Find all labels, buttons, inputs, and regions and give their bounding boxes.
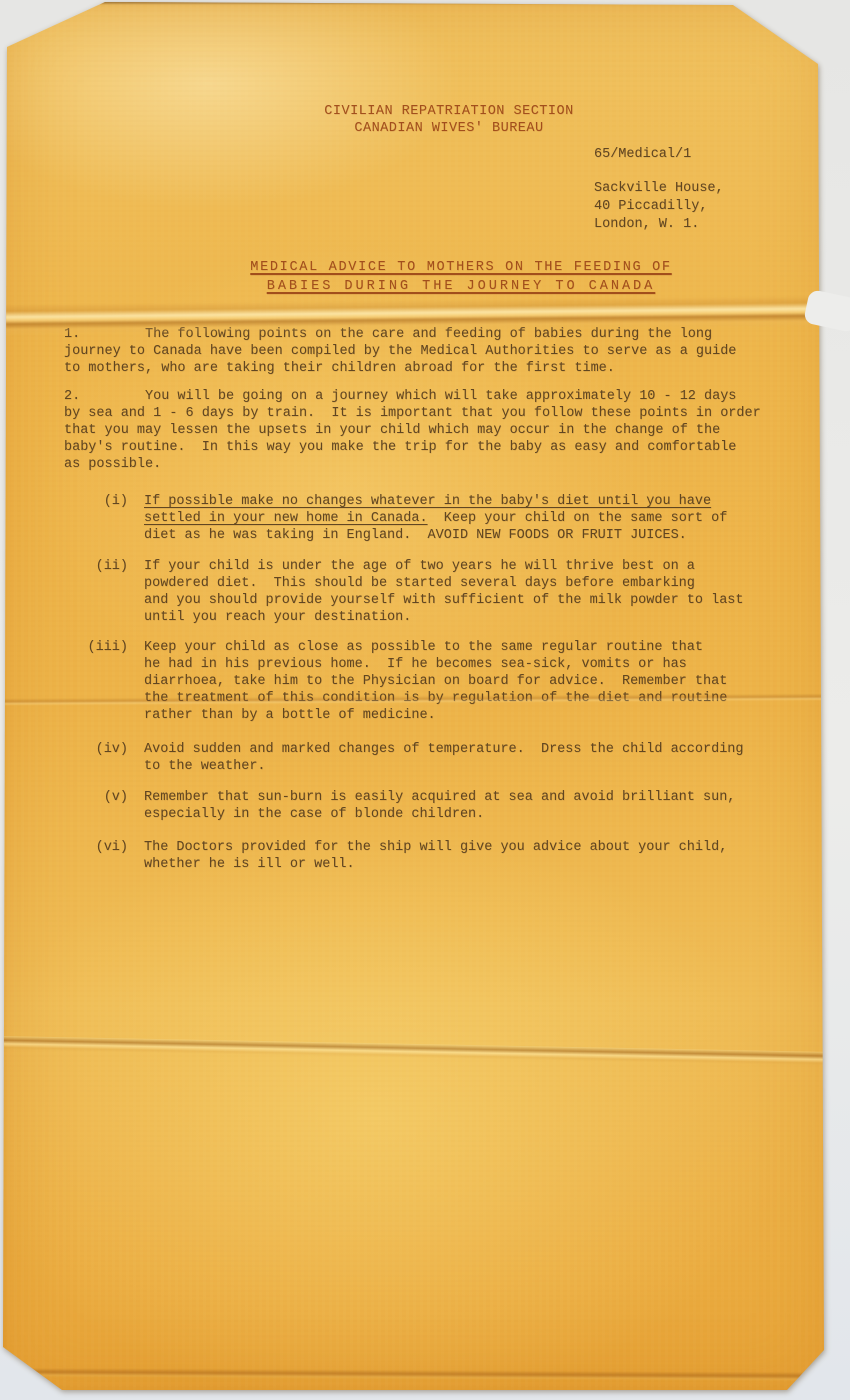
letterhead: CIVILIAN REPATRIATION SECTIONCANADIAN WI… xyxy=(0,103,850,137)
list-item-text: If your child is under the age of two ye… xyxy=(144,559,744,625)
list-item-v: (v)Remember that sun-burn is easily acqu… xyxy=(64,789,735,823)
list-item-vi: (vi)The Doctors provided for the ship wi… xyxy=(64,839,727,873)
list-item-iv: (iv)Avoid sudden and marked changes of t… xyxy=(64,741,744,775)
list-item-marker: (ii) xyxy=(64,558,128,575)
list-item-text: Avoid sudden and marked changes of tempe… xyxy=(144,742,744,774)
paragraph-2: 2. You will be going on a journey which … xyxy=(64,388,761,473)
list-item-marker: (vi) xyxy=(64,839,128,856)
document-title-line1: MEDICAL ADVICE TO MOTHERS ON THE FEEDING… xyxy=(250,260,671,275)
paper-wrapper: CIVILIAN REPATRIATION SECTIONCANADIAN WI… xyxy=(0,0,850,1400)
fold-crease-lower xyxy=(0,1036,844,1066)
document-title-line2: BABIES DURING THE JOURNEY TO CANADA xyxy=(267,279,656,294)
list-item-text: If possible make no changes whatever in … xyxy=(144,494,727,543)
list-item-iii: (iii)Keep your child as close as possibl… xyxy=(64,639,727,724)
paragraph-text: You will be going on a journey which wil… xyxy=(64,389,761,472)
document-title: MEDICAL ADVICE TO MOTHERS ON THE FEEDING… xyxy=(0,258,850,296)
list-item-text: Remember that sun-burn is easily acquire… xyxy=(144,790,735,822)
aged-paper-sheet: CIVILIAN REPATRIATION SECTIONCANADIAN WI… xyxy=(0,0,834,1397)
list-item-marker: (iv) xyxy=(64,741,128,758)
reference-number: 65/Medical/1 xyxy=(594,146,691,163)
address-line2: 40 Piccadilly, xyxy=(594,199,707,214)
list-item-marker: (v) xyxy=(64,789,128,806)
address-line3: London, W. 1. xyxy=(594,217,699,232)
address-line1: Sackville House, xyxy=(594,181,724,196)
list-item-i: (i)If possible make no changes whatever … xyxy=(64,493,727,544)
paragraph-number: 2. xyxy=(64,388,80,405)
paragraph-text: The following points on the care and fee… xyxy=(64,327,736,376)
list-item-text: Keep your child as close as possible to … xyxy=(144,640,727,723)
scanned-document-photo: CIVILIAN REPATRIATION SECTIONCANADIAN WI… xyxy=(0,0,850,1400)
address-block: Sackville House,40 Piccadilly,London, W.… xyxy=(594,180,724,234)
top-edge-shadow xyxy=(100,0,740,5)
list-item-marker: (i) xyxy=(64,493,128,510)
letterhead-line1: CIVILIAN REPATRIATION SECTION xyxy=(324,104,573,119)
fold-crease-bottom xyxy=(0,1368,844,1381)
list-item-marker: (iii) xyxy=(64,639,128,656)
list-item-text: The Doctors provided for the ship will g… xyxy=(144,840,727,872)
paragraph-number: 1. xyxy=(64,326,80,343)
letterhead-line2: CANADIAN WIVES' BUREAU xyxy=(354,121,543,136)
paragraph-1: 1. The following points on the care and … xyxy=(64,326,736,377)
list-item-ii: (ii)If your child is under the age of tw… xyxy=(64,558,744,626)
